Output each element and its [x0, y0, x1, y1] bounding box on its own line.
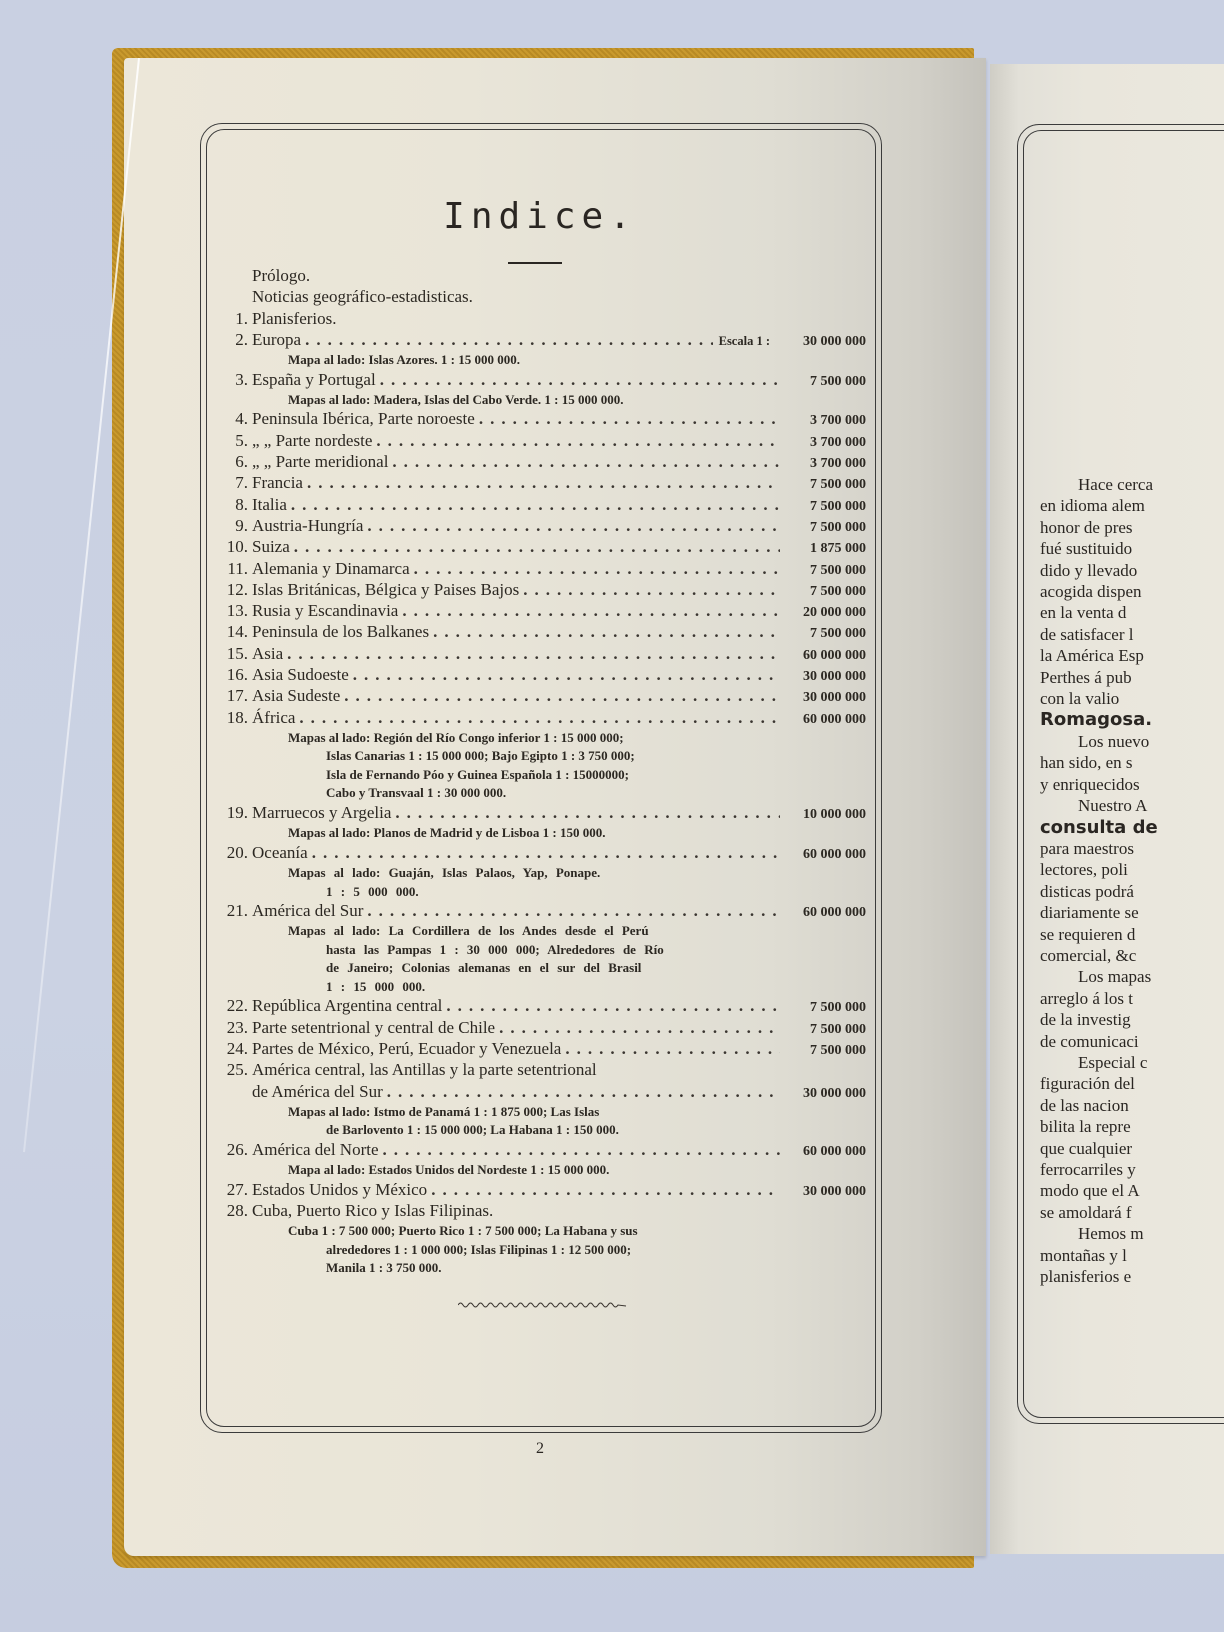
dot-leader: ........................................…	[391, 803, 780, 823]
entry-scale: 7 500 000	[780, 1022, 866, 1038]
entry-scale: 30 000 000	[780, 1184, 866, 1200]
dot-leader: ........................................…	[283, 644, 780, 664]
toc-entry: 12.Islas Británicas, Bélgica y Paises Ba…	[214, 580, 866, 601]
right-page-line: se amoldará f	[1040, 1202, 1224, 1223]
toc-entry: 27.Estados Unidos y México..............…	[214, 1180, 866, 1201]
right-page-line: Romagosa.	[1040, 709, 1224, 730]
inset-map-note: Mapas al lado: Guaján, Islas Palaos, Yap…	[214, 864, 866, 883]
right-page-line: lectores, poli	[1040, 859, 1224, 880]
right-page-line: ferrocarriles y	[1040, 1159, 1224, 1180]
entry-scale: 7 500 000	[780, 584, 866, 600]
entry-scale: 60 000 000	[780, 905, 866, 921]
toc-entry: 2.Europa................................…	[214, 330, 866, 351]
dot-leader: ........................................…	[303, 473, 780, 493]
entry-number: 16.	[214, 665, 252, 685]
right-page-line: de comunicaci	[1040, 1031, 1224, 1052]
inset-map-note: 1 : 5 000 000.	[214, 883, 866, 902]
right-page-line: fué sustituido	[1040, 538, 1224, 559]
toc-entry: 20.Oceanía..............................…	[214, 843, 866, 864]
toc-entry: 23.Parte setentrional y central de Chile…	[214, 1018, 866, 1039]
toc-entry: 22.República Argentina central..........…	[214, 996, 866, 1017]
entry-number: 8.	[214, 495, 252, 515]
right-page-line: montañas y l	[1040, 1245, 1224, 1266]
dot-leader: ........................................…	[442, 996, 780, 1016]
entry-number: 3.	[214, 370, 252, 390]
entry-number: 14.	[214, 622, 252, 642]
entry-number: 24.	[214, 1039, 252, 1059]
right-page-line: Los mapas	[1040, 966, 1224, 987]
entry-scale: 7 500 000	[780, 374, 866, 390]
table-of-contents: Prólogo.Noticias geográfico-estadisticas…	[214, 266, 866, 1278]
ornamental-wavy-rule	[458, 1300, 628, 1310]
entry-label: Parte setentrional y central de Chile	[252, 1018, 495, 1038]
right-page-line: arreglo á los t	[1040, 988, 1224, 1009]
right-page-line: planisferios e	[1040, 1266, 1224, 1287]
inset-map-note: Mapa al lado: Estados Unidos del Nordest…	[214, 1161, 866, 1180]
right-page-line: han sido, en s	[1040, 752, 1224, 773]
inset-map-note: hasta las Pampas 1 : 30 000 000; Alreded…	[214, 941, 866, 960]
entry-number: 4.	[214, 409, 252, 429]
entry-label: Marruecos y Argelia	[252, 803, 391, 823]
right-page-line: la América Esp	[1040, 645, 1224, 666]
dot-leader: ........................................…	[383, 1082, 780, 1102]
inset-map-note: alrededores 1 : 1 000 000; Islas Filipin…	[214, 1241, 866, 1260]
entry-number: 6.	[214, 452, 252, 472]
right-page-line: diariamente se	[1040, 902, 1224, 923]
entry-label: Asia Sudoeste	[252, 665, 349, 685]
inset-map-note: Mapas al lado: Planos de Madrid y de Lis…	[214, 824, 866, 843]
right-page-line: Nuestro A	[1040, 795, 1224, 816]
right-page-line: en la venta d	[1040, 602, 1224, 623]
right-page-line: en idioma alem	[1040, 495, 1224, 516]
entry-label: Rusia y Escandinavia	[252, 601, 398, 621]
toc-entry: 16.Asia Sudoeste........................…	[214, 665, 866, 686]
dot-leader: ........................................…	[372, 431, 780, 451]
dot-leader: ........................................…	[427, 1180, 780, 1200]
entry-label: Suiza	[252, 537, 290, 557]
entry-label: Asia	[252, 644, 283, 664]
right-page-line: Especial c	[1040, 1052, 1224, 1073]
inset-map-note: Mapas al lado: Istmo de Panamá 1 : 1 875…	[214, 1103, 866, 1122]
toc-entry: 13.Rusia y Escandinavia.................…	[214, 601, 866, 622]
right-page-line: que cualquier	[1040, 1138, 1224, 1159]
entry-number: 9.	[214, 516, 252, 536]
entry-label: Asia Sudeste	[252, 686, 340, 706]
dot-leader: ........................................…	[398, 601, 780, 621]
entry-label: Peninsula Ibérica, Parte noroeste	[252, 409, 475, 429]
toc-entry-continuation: de América del Sur......................…	[214, 1082, 866, 1103]
entry-label: Peninsula de los Balkanes	[252, 622, 429, 642]
right-page-line: se requieren d	[1040, 924, 1224, 945]
entry-scale: 7 500 000	[780, 563, 866, 579]
right-page-line: con la valio	[1040, 688, 1224, 709]
escala-label: Escala 1 :	[713, 334, 780, 349]
right-page-line: acogida dispen	[1040, 581, 1224, 602]
right-page-line: de las nacion	[1040, 1095, 1224, 1116]
inset-map-note: Mapas al lado: Madera, Islas del Cabo Ve…	[214, 391, 866, 410]
entry-label: América del Norte	[252, 1140, 379, 1160]
toc-entry: 3.España y Portugal.....................…	[214, 370, 866, 391]
right-page-line: de satisfacer l	[1040, 624, 1224, 645]
entry-number: 11.	[214, 559, 252, 579]
dot-leader: ........................................…	[495, 1018, 780, 1038]
toc-entry: 28.Cuba, Puerto Rico y Islas Filipinas.	[214, 1201, 866, 1222]
dot-leader: ........................................…	[388, 452, 780, 472]
toc-entry: 7.Francia...............................…	[214, 473, 866, 494]
right-page-line: Hace cerca	[1040, 474, 1224, 495]
dot-leader: ........................................…	[301, 330, 713, 350]
dot-leader: ........................................…	[363, 516, 780, 536]
inset-map-note: Mapas al lado: La Cordillera de los Ande…	[214, 922, 866, 941]
entry-label: Estados Unidos y México	[252, 1180, 427, 1200]
entry-number: 19.	[214, 803, 252, 823]
entry-label: Oceanía	[252, 843, 308, 863]
page-number: 2	[536, 1440, 544, 1458]
entry-number: 25.	[214, 1060, 252, 1080]
entry-scale: 60 000 000	[780, 847, 866, 863]
entry-number: 17.	[214, 686, 252, 706]
entry-label: República Argentina central	[252, 996, 442, 1016]
entry-scale: 7 500 000	[780, 499, 866, 515]
inset-map-note: Manila 1 : 3 750 000.	[214, 1259, 866, 1278]
toc-entry: 9.Austria-Hungría.......................…	[214, 516, 866, 537]
right-page-line: modo que el A	[1040, 1180, 1224, 1201]
entry-number: 1.	[214, 309, 252, 329]
front-matter-label: Noticias geográfico-estadisticas.	[252, 287, 473, 307]
entry-number: 26.	[214, 1140, 252, 1160]
entry-scale: 10 000 000	[780, 807, 866, 823]
toc-entry: 17.Asia Sudeste.........................…	[214, 686, 866, 707]
entry-label: Cuba, Puerto Rico y Islas Filipinas.	[252, 1201, 493, 1221]
front-matter-item: Noticias geográfico-estadisticas.	[214, 287, 866, 308]
dot-leader: ........................................…	[290, 537, 780, 557]
inset-map-note: de Janeiro; Colonias alemanas en el sur …	[214, 959, 866, 978]
right-page-line: consulta de	[1040, 817, 1224, 838]
right-page-line: Perthes á pub	[1040, 667, 1224, 688]
right-page-line: para maestros	[1040, 838, 1224, 859]
entry-number: 21.	[214, 901, 252, 921]
entry-label: Europa	[252, 330, 301, 350]
right-page-line: de la investig	[1040, 1009, 1224, 1030]
front-matter-item: Prólogo.	[214, 266, 866, 287]
entry-number: 13.	[214, 601, 252, 621]
entry-number: 23.	[214, 1018, 252, 1038]
toc-entry: 8.Italia................................…	[214, 495, 866, 516]
right-page-line: disticas podrá	[1040, 881, 1224, 902]
toc-entry: 6.„ „ Parte meridional..................…	[214, 452, 866, 473]
entry-scale: 3 700 000	[780, 413, 866, 429]
entry-label: Italia	[252, 495, 287, 515]
toc-entry: 21.América del Sur......................…	[214, 901, 866, 922]
entry-label: España y Portugal	[252, 370, 376, 390]
dot-leader: ........................................…	[561, 1039, 780, 1059]
dot-leader: ........................................…	[295, 708, 780, 728]
entry-label: Planisferios.	[252, 309, 337, 329]
right-page-line: Hemos m	[1040, 1223, 1224, 1244]
entry-number: 5.	[214, 431, 252, 451]
inset-map-note: Mapas al lado: Región del Río Congo infe…	[214, 729, 866, 748]
dot-leader: ........................................…	[475, 409, 780, 429]
entry-scale: 30 000 000	[780, 1086, 866, 1102]
entry-number: 27.	[214, 1180, 252, 1200]
toc-entry: 25.América central, las Antillas y la pa…	[214, 1060, 866, 1081]
toc-entry: 1.Planisferios.	[214, 309, 866, 330]
dot-leader: ........................................…	[410, 559, 780, 579]
entry-label: América central, las Antillas y la parte…	[252, 1060, 597, 1080]
entry-scale: 60 000 000	[780, 712, 866, 728]
title-rule	[508, 262, 562, 264]
inset-map-note: Islas Canarias 1 : 15 000 000; Bajo Egip…	[214, 747, 866, 766]
entry-number: 10.	[214, 537, 252, 557]
right-page-text: Hace cercaen idioma alemhonor de presfué…	[1040, 474, 1224, 1287]
entry-number: 2.	[214, 330, 252, 350]
entry-scale: 1 875 000	[780, 541, 866, 557]
front-matter-label: Prólogo.	[252, 266, 310, 286]
entry-label: Francia	[252, 473, 303, 493]
inset-map-note: de Barlovento 1 : 15 000 000; La Habana …	[214, 1121, 866, 1140]
entry-number: 20.	[214, 843, 252, 863]
entry-scale: 30 000 000	[780, 669, 866, 685]
dot-leader: ........................................…	[519, 580, 780, 600]
entry-number: 12.	[214, 580, 252, 600]
dot-leader: ........................................…	[308, 843, 780, 863]
entry-label: „ „ Parte nordeste	[252, 431, 372, 451]
toc-entry: 18.África...............................…	[214, 708, 866, 729]
inset-map-note: 1 : 15 000 000.	[214, 978, 866, 997]
entry-label: América del Sur	[252, 901, 363, 921]
toc-entry: 14.Peninsula de los Balkanes............…	[214, 622, 866, 643]
right-page-line: honor de pres	[1040, 517, 1224, 538]
entry-scale: 7 500 000	[780, 1043, 866, 1059]
entry-number: 22.	[214, 996, 252, 1016]
inset-map-note: Mapa al lado: Islas Azores. 1 : 15 000 0…	[214, 351, 866, 370]
entry-label: África	[252, 708, 295, 728]
dot-leader: ........................................…	[287, 495, 780, 515]
dot-leader: ........................................…	[363, 901, 780, 921]
toc-entry: 5.„ „ Parte nordeste....................…	[214, 431, 866, 452]
entry-label: Austria-Hungría	[252, 516, 363, 536]
entry-label: Islas Británicas, Bélgica y Paises Bajos	[252, 580, 519, 600]
entry-scale: 7 500 000	[780, 520, 866, 536]
inset-map-note: Cabo y Transvaal 1 : 30 000 000.	[214, 784, 866, 803]
entry-scale: 60 000 000	[780, 648, 866, 664]
entry-label-continued: de América del Sur	[252, 1082, 383, 1102]
entry-scale: 60 000 000	[780, 1144, 866, 1160]
right-page-line: y enriquecidos	[1040, 774, 1224, 795]
page-title: Indice.	[200, 196, 880, 237]
dot-leader: ........................................…	[376, 370, 780, 390]
entry-number: 28.	[214, 1201, 252, 1221]
dot-leader: ........................................…	[379, 1140, 781, 1160]
entry-label: „ „ Parte meridional	[252, 452, 388, 472]
entry-scale: 3 700 000	[780, 456, 866, 472]
dot-leader: ........................................…	[349, 665, 780, 685]
entry-scale: 20 000 000	[780, 605, 866, 621]
toc-entry: 24.Partes de México, Perú, Ecuador y Ven…	[214, 1039, 866, 1060]
entry-scale: 7 500 000	[780, 626, 866, 642]
right-page-line: figuración del	[1040, 1073, 1224, 1094]
right-page-line: Los nuevo	[1040, 731, 1224, 752]
toc-entry: 11.Alemania y Dinamarca.................…	[214, 559, 866, 580]
entry-label: Alemania y Dinamarca	[252, 559, 410, 579]
entry-number: 18.	[214, 708, 252, 728]
right-page-line: bilita la repre	[1040, 1116, 1224, 1137]
entry-scale: 30 000 000	[780, 334, 866, 350]
toc-entry: 26.América del Norte....................…	[214, 1140, 866, 1161]
dot-leader: ........................................…	[429, 622, 780, 642]
right-page-line: dido y llevado	[1040, 560, 1224, 581]
dot-leader: ........................................…	[340, 686, 780, 706]
toc-entry: 4.Peninsula Ibérica, Parte noroeste.....…	[214, 409, 866, 430]
toc-entry: 10.Suiza................................…	[214, 537, 866, 558]
entry-scale: 7 500 000	[780, 1000, 866, 1016]
toc-entry: 19.Marruecos y Argelia..................…	[214, 803, 866, 824]
entry-scale: 7 500 000	[780, 477, 866, 493]
entry-number: 15.	[214, 644, 252, 664]
entry-scale: 3 700 000	[780, 435, 866, 451]
inset-map-note: Cuba 1 : 7 500 000; Puerto Rico 1 : 7 50…	[214, 1222, 866, 1241]
right-page-line: comercial, &c	[1040, 945, 1224, 966]
entry-label: Partes de México, Perú, Ecuador y Venezu…	[252, 1039, 561, 1059]
entry-number: 7.	[214, 473, 252, 493]
inset-map-note: Isla de Fernando Póo y Guinea Española 1…	[214, 766, 866, 785]
entry-scale: 30 000 000	[780, 690, 866, 706]
toc-entry: 15.Asia.................................…	[214, 644, 866, 665]
